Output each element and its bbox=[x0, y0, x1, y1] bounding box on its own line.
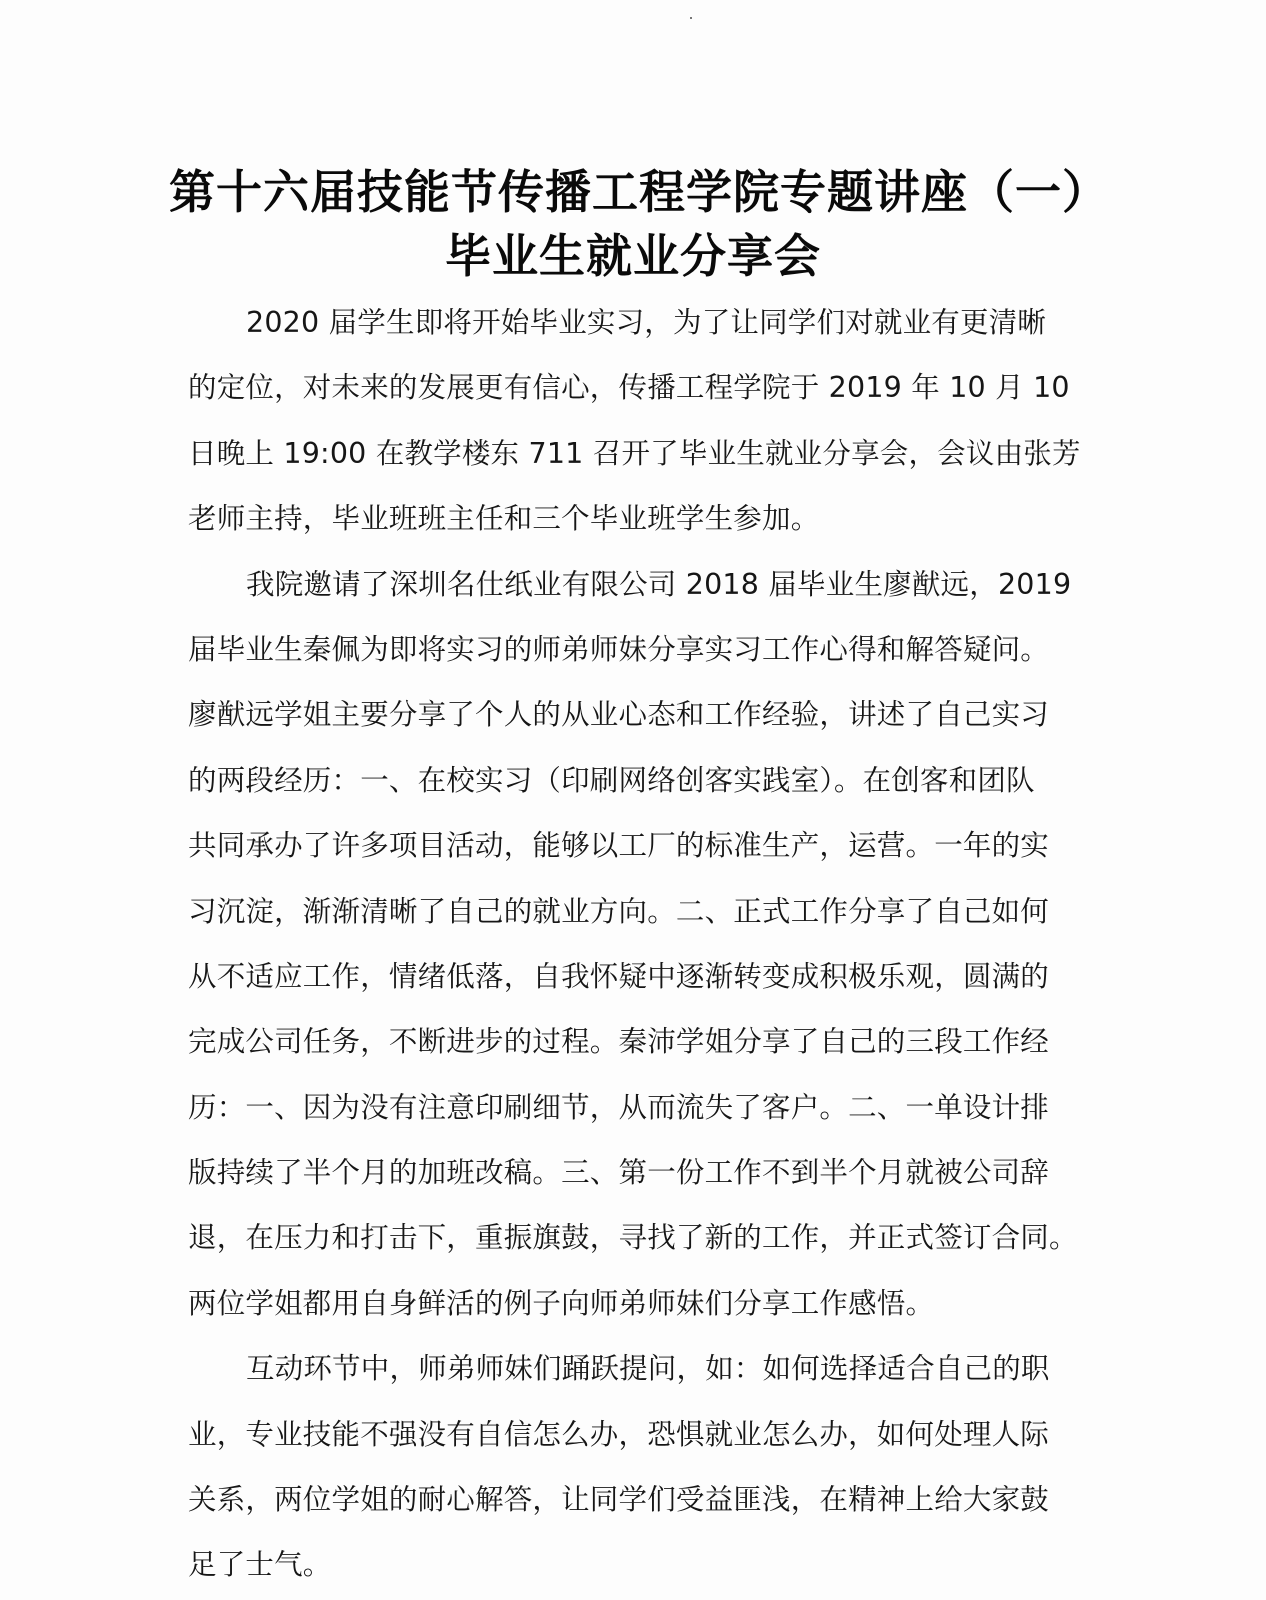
text-line: 两位学姐都用自身鲜活的例子向师弟师妹们分享工作感悟。 bbox=[188, 1271, 1058, 1336]
text-line: 版持续了半个月的加班改稿。三、第一份工作不到半个月就被公司辞 bbox=[188, 1140, 1058, 1205]
text-line: 历：一、因为没有注意印刷细节，从而流失了客户。二、一单设计排 bbox=[188, 1075, 1058, 1140]
text-line: 的两段经历：一、在校实习（印刷网络创客实践室）。在创客和团队 bbox=[188, 748, 1058, 813]
document-title-line-2: 毕业生就业分享会 bbox=[0, 220, 1266, 286]
paragraph-2: 我院邀请了深圳名仕纸业有限公司 2018 届毕业生廖猷远，2019 届毕业生秦佩… bbox=[188, 552, 1058, 1337]
text-line: 届毕业生秦佩为即将实习的师弟师妹分享实习工作心得和解答疑问。 bbox=[188, 617, 1058, 682]
text-line: 完成公司任务，不断进步的过程。秦沛学姐分享了自己的三段工作经 bbox=[188, 1009, 1058, 1074]
paragraph-1: 2020 届学生即将开始毕业实习，为了让同学们对就业有更清晰 的定位，对未来的发… bbox=[188, 290, 1058, 552]
document-body: 2020 届学生即将开始毕业实习，为了让同学们对就业有更清晰 的定位，对未来的发… bbox=[188, 290, 1058, 1598]
text-line: 互动环节中，师弟师妹们踊跃提问，如：如何选择适合自己的职 bbox=[188, 1336, 1058, 1401]
text-line: 共同承办了许多项目活动，能够以工厂的标准生产，运营。一年的实 bbox=[188, 813, 1058, 878]
document-page: 第十六届技能节传播工程学院专题讲座（一） 毕业生就业分享会 2020 届学生即将… bbox=[0, 0, 1266, 1600]
paragraph-3: 互动环节中，师弟师妹们踊跃提问，如：如何选择适合自己的职 业，专业技能不强没有自… bbox=[188, 1336, 1058, 1598]
scan-artifact-dot bbox=[690, 17, 692, 19]
text-line: 我院邀请了深圳名仕纸业有限公司 2018 届毕业生廖猷远，2019 bbox=[188, 552, 1058, 617]
text-line: 足了士气。 bbox=[188, 1532, 1058, 1597]
text-line: 廖猷远学姐主要分享了个人的从业心态和工作经验，讲述了自己实习 bbox=[188, 682, 1058, 747]
text-line: 从不适应工作，情绪低落，自我怀疑中逐渐转变成积极乐观，圆满的 bbox=[188, 944, 1058, 1009]
text-line: 2020 届学生即将开始毕业实习，为了让同学们对就业有更清晰 bbox=[188, 290, 1058, 355]
text-line: 关系，两位学姐的耐心解答，让同学们受益匪浅，在精神上给大家鼓 bbox=[188, 1467, 1058, 1532]
text-line: 退，在压力和打击下，重振旗鼓，寻找了新的工作，并正式签订合同。 bbox=[188, 1205, 1058, 1270]
document-title-line-1: 第十六届技能节传播工程学院专题讲座（一） bbox=[6, 156, 1266, 222]
text-line: 日晚上 19:00 在教学楼东 711 召开了毕业生就业分享会，会议由张芳 bbox=[188, 421, 1058, 486]
text-line: 业，专业技能不强没有自信怎么办，恐惧就业怎么办，如何处理人际 bbox=[188, 1402, 1058, 1467]
text-line: 老师主持，毕业班班主任和三个毕业班学生参加。 bbox=[188, 486, 1058, 551]
text-line: 的定位，对未来的发展更有信心，传播工程学院于 2019 年 10 月 10 bbox=[188, 355, 1058, 420]
text-line: 习沉淀，渐渐清晰了自己的就业方向。二、正式工作分享了自己如何 bbox=[188, 879, 1058, 944]
